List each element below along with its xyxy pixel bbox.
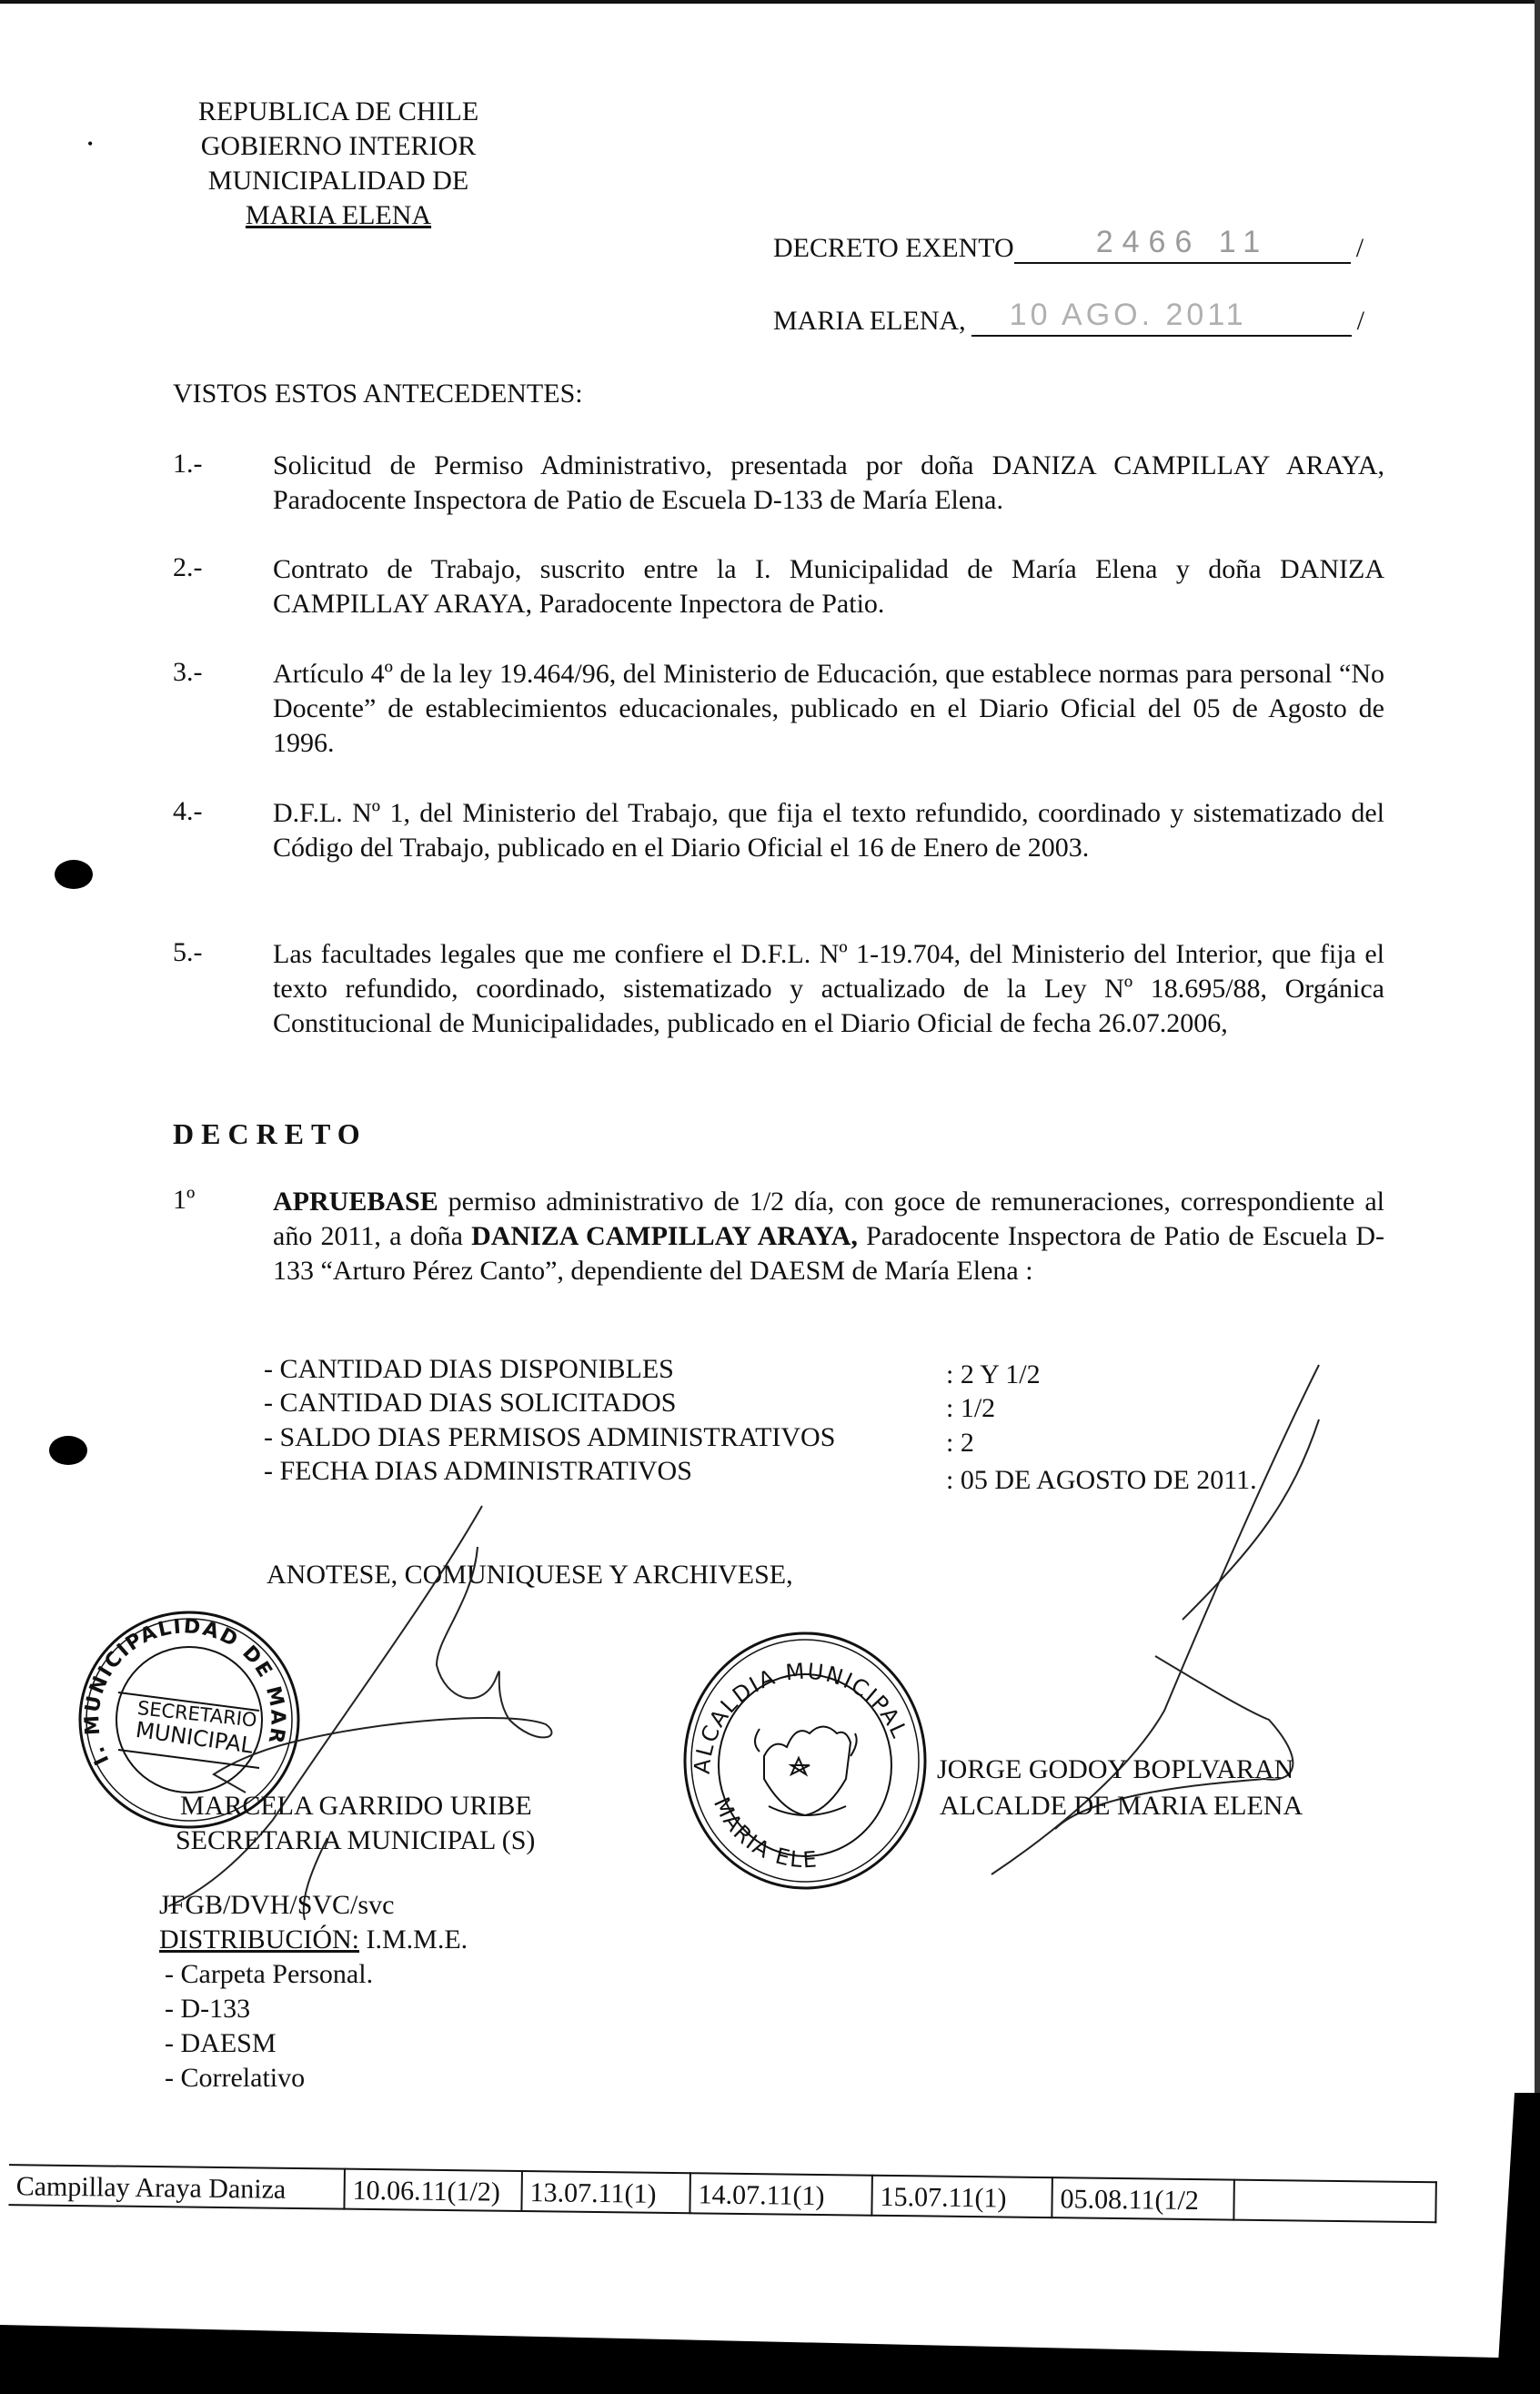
item-number: 3.- [173,657,203,688]
closing-formula: ANOTESE, COMUNIQUESE Y ARCHIVESE, [267,1558,793,1592]
antecedent-paragraph: Las facultades legales que me confiere e… [273,937,1384,1041]
seal-ring-text: MARIA ELENA [659,1609,820,1873]
item-number: 4.- [173,796,203,827]
date-stamp: 10 AGO. 2011 [1010,298,1247,333]
distribution-item: - D-133 [159,1992,468,2026]
distribution-heading: DISTRIBUCIÓN: [159,1924,359,1955]
distribution-item: - Carpeta Personal. [159,1957,468,1992]
punch-hole [49,1436,87,1465]
summary-value: : 2 [946,1428,974,1459]
table-cell-date: 10.06.11(1/2) [345,2168,523,2212]
header-line: GOBIERNO INTERIOR [171,129,506,164]
punch-hole [55,860,93,889]
distribution-block: JFGB/DVH/SVC/svc DISTRIBUCIÓN: I.M.M.E. … [159,1888,468,2096]
table-cell-date: 15.07.11(1) [872,2175,1053,2218]
item-number: 1.- [173,449,203,480]
summary-value: : 1/2 [946,1393,995,1424]
summary-label: - FECHA DIAS ADMINISTRATIVOS [264,1456,692,1487]
mayor-title: ALCALDE DE MARIA ELENA [940,1791,1303,1822]
article-verb: APRUEBASE [273,1187,438,1217]
summary-label: - CANTIDAD DIAS SOLICITADOS [264,1388,676,1419]
secretary-title: SECRETARIA MUNICIPAL (S) [176,1825,535,1856]
distribution-suffix: I.M.M.E. [359,1924,468,1955]
table-cell-empty [1234,2179,1437,2224]
decreto-heading: DECRETO [173,1117,367,1151]
summary-value: : 2 Y 1/2 [946,1359,1041,1390]
table-cell-date: 14.07.11(1) [690,2172,873,2216]
mayor-name: JORGE GODOY BOPLVARAN [937,1754,1293,1785]
coat-of-arms-icon [755,1727,857,1816]
distribution-item: - Correlativo [159,2061,468,2096]
antecedent-paragraph: D.F.L. Nº 1, del Ministerio del Trabajo,… [273,796,1384,865]
decree-date-field: MARIA ELENA,10 AGO. 2011/ [773,306,1364,337]
place-label: MARIA ELENA, [773,306,966,336]
table-cell-name: Campillay Araya Daniza [8,2164,346,2210]
table-cell-date: 13.07.11(1) [522,2170,691,2214]
antecedent-paragraph: Solicitud de Permiso Administrativo, pre… [273,449,1384,518]
table-cell-date: 05.08.11(1/2 [1052,2177,1235,2220]
antecedent-paragraph: Artículo 4º de la ley 19.464/96, del Min… [273,657,1384,761]
item-number: 2.- [173,552,203,583]
secretary-name: MARCELA GARRIDO URIBE [180,1791,532,1822]
scan-top-border [0,0,1540,4]
summary-label: - SALDO DIAS PERMISOS ADMINISTRATIVOS [264,1422,835,1453]
initials-reference: JFGB/DVH/SVC/svc [159,1888,468,1923]
item-number: 5.- [173,937,203,968]
scan-right-border [1535,0,1540,2394]
distribution-item: - DAESM [159,2026,468,2061]
header-line: REPUBLICA DE CHILE [171,95,506,129]
seal-ring-text: ALCALDIA MUNICIPAL [689,1658,913,1774]
svg-text:MARIA ELENA: MARIA ELENA [659,1609,820,1873]
article-paragraph: APRUEBASE permiso administrativo de 1/2 … [273,1185,1384,1288]
permits-history-table: Campillay Araya Daniza 10.06.11(1/2) 13.… [0,2164,1446,2227]
header-line: MUNICIPALIDAD DE [171,164,506,198]
scan-speck: • [87,135,93,154]
issuer-header: REPUBLICA DE CHILE GOBIERNO INTERIOR MUN… [171,95,506,233]
summary-value: : 05 DE AGOSTO DE 2011. [946,1465,1257,1496]
summary-label: - CANTIDAD DIAS DISPONIBLES [264,1354,674,1385]
article-number: 1º [173,1185,195,1216]
vistos-heading: VISTOS ESTOS ANTECEDENTES: [173,377,583,411]
antecedent-paragraph: Contrato de Trabajo, suscrito entre la I… [273,552,1384,621]
employee-name: DANIZA CAMPILLAY ARAYA, [471,1221,858,1251]
decree-label: DECRETO EXENTO [773,233,1014,263]
svg-text:ALCALDIA MUNICIPAL: ALCALDIA MUNICIPAL [689,1658,913,1774]
decree-number-stamp: 2466 11 [1096,225,1269,260]
header-line: MARIA ELENA [171,198,506,233]
decree-number-field: DECRETO EXENTO2466 11/ [773,233,1364,264]
mayor-seal: ALCALDIA MUNICIPAL MARIA ELENA [669,1629,941,1893]
